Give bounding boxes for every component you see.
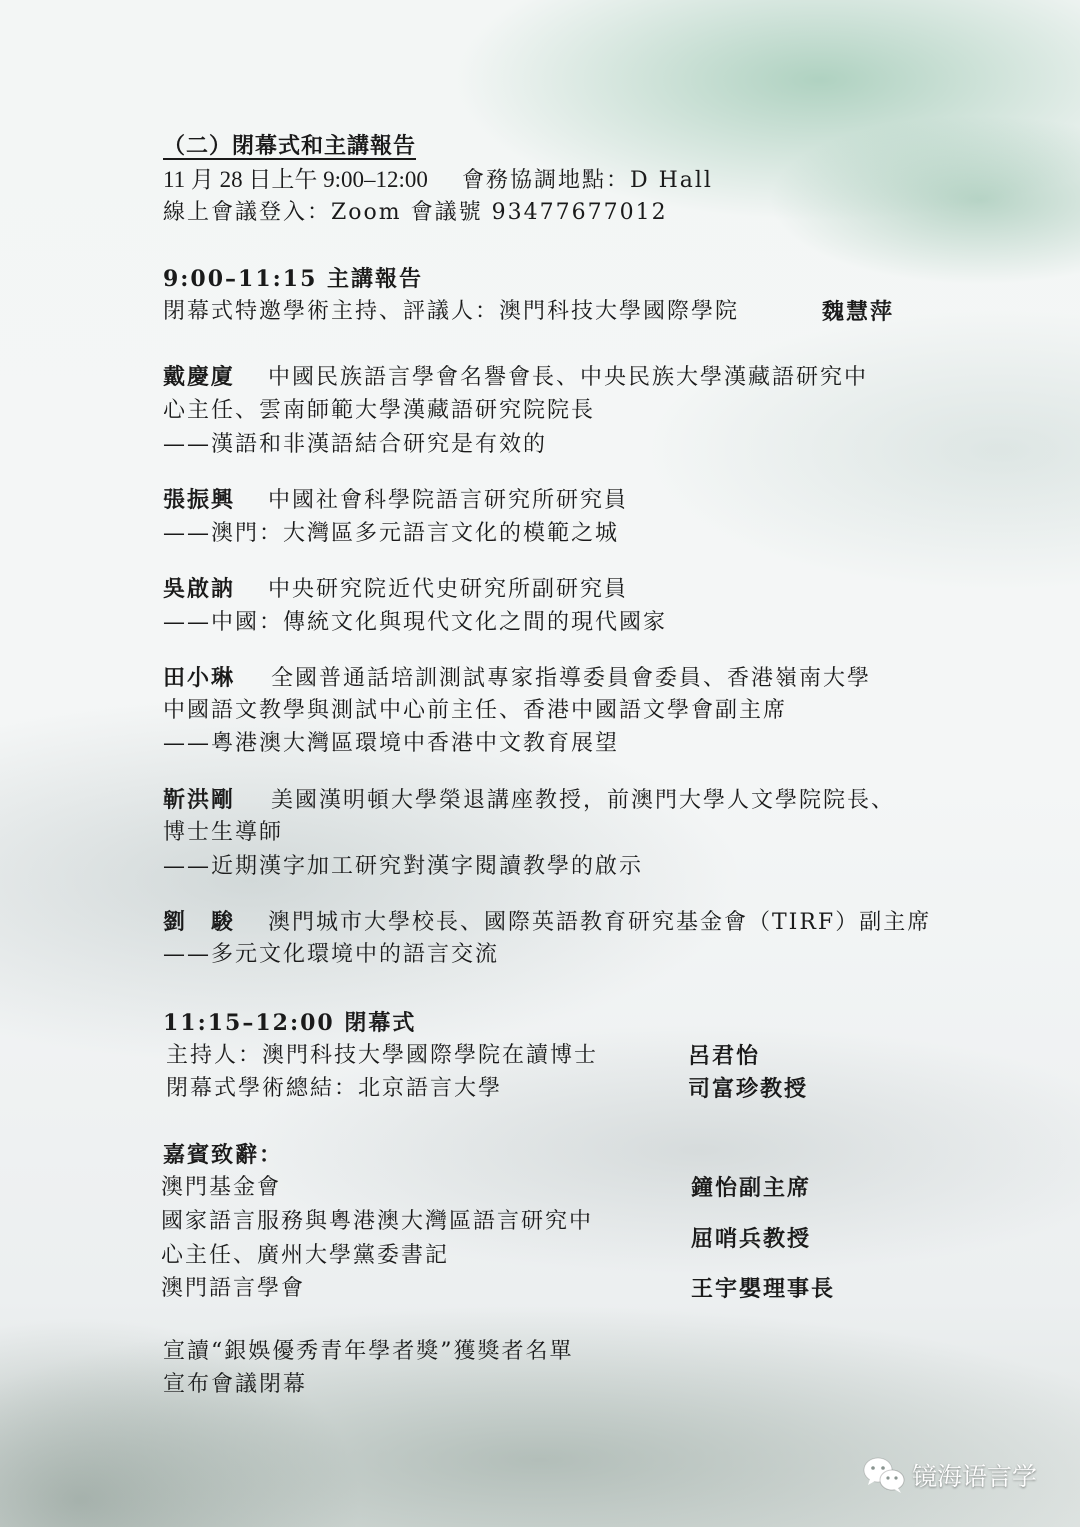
guest-org: 國家語言服務與粵港澳大灣區語言研究中 — [161, 1207, 593, 1237]
speaker-title: 博士生導師 — [163, 818, 283, 848]
speaker-title: 中國民族語言學會名譽會長、中央民族大學漢藏語研究中 — [268, 365, 868, 390]
speaker-title: 中央研究院近代史研究所副研究員 — [268, 577, 628, 602]
speaker-name: 吳啟訥 — [163, 574, 268, 604]
closing-host-label: 主持人：澳門科技大學國際學院在讀博士 — [166, 1041, 598, 1071]
guest-org: 澳門語言學會 — [161, 1274, 305, 1304]
keynote-host-name: 魏慧萍 — [822, 297, 894, 327]
guest-org: 心主任、廣州大學黨委書記 — [161, 1241, 449, 1271]
speaker-name: 張振興 — [163, 485, 268, 515]
speaker-topic: ——澳門：大灣區多元語言文化的模範之城 — [163, 519, 619, 549]
date-time: 11 月 28 日上午 9:00–12:00 — [163, 167, 428, 192]
keynote-host-label: 閉幕式特邀學術主持、評議人：澳門科技大學國際學院 — [163, 297, 739, 327]
speaker-topic: ——漢語和非漢語結合研究是有效的 — [163, 430, 547, 460]
wechat-icon — [862, 1456, 906, 1494]
online-login: 線上會議登入：Zoom 會議號 93477677012 — [163, 198, 668, 228]
closing-time-heading: 11:15–12:00 閉幕式 — [163, 1008, 416, 1038]
guest-name: 屈哨兵教授 — [691, 1224, 811, 1254]
section-title: （二）閉幕式和主講報告 — [163, 131, 416, 161]
speaker-topic: ——中國：傳統文化與現代文化之間的現代國家 — [163, 608, 667, 638]
speaker-title: 全國普通話培訓測試專家指導委員會委員、香港嶺南大學 — [271, 666, 871, 691]
speaker-topic: ——粵港澳大灣區環境中香港中文教育展望 — [163, 729, 619, 759]
award-announcement: 宣讀“銀娛優秀青年學者獎”獲獎者名單 — [163, 1337, 574, 1367]
closing-host-name: 呂君怡 — [688, 1041, 760, 1071]
venue: 會務協調地點：D Hall — [462, 168, 713, 193]
guest-name: 王宇嬰理事長 — [691, 1274, 835, 1304]
guest-name: 鐘怡副主席 — [691, 1173, 811, 1203]
speaker-name: 戴慶廈 — [163, 362, 268, 392]
speaker-topic: ——多元文化環境中的語言交流 — [163, 940, 499, 970]
speaker-topic: ——近期漢字加工研究對漢字閱讀教學的啟示 — [163, 852, 643, 882]
speaker-title: 美國漢明頓大學榮退講座教授，前澳門大學人文學院院長、 — [271, 788, 895, 813]
speaker-title: 心主任、雲南師範大學漢藏語研究院院長 — [163, 396, 595, 426]
closing-summary-label: 閉幕式學術總結：北京語言大學 — [166, 1074, 502, 1104]
program-page: （二）閉幕式和主講報告 11 月 28 日上午 9:00–12:00 會務協調地… — [0, 0, 1080, 1527]
closing-summary-name: 司富珍教授 — [688, 1074, 808, 1104]
speaker-name: 劉 駿 — [163, 907, 268, 937]
watermark: 镜海语言学 — [862, 1456, 1037, 1494]
speaker-title: 澳門城市大學校長、國際英語教育研究基金會（TIRF）副主席 — [268, 910, 931, 935]
speaker-name: 田小琳 — [163, 663, 271, 693]
guest-speeches-heading: 嘉賓致辭： — [163, 1140, 283, 1170]
date-time-venue: 11 月 28 日上午 9:00–12:00 會務協調地點：D Hall — [163, 165, 713, 196]
closing-announcement: 宣布會議閉幕 — [163, 1370, 307, 1400]
speaker-name: 靳洪剛 — [163, 785, 271, 815]
keynote-time-heading: 9:00–11:15 主講報告 — [163, 264, 423, 294]
guest-org: 澳門基金會 — [161, 1173, 281, 1203]
speaker-title: 中國語文教學與測試中心前主任、香港中國語文學會副主席 — [163, 696, 787, 726]
speaker-title: 中國社會科學院語言研究所研究員 — [268, 488, 628, 513]
watermark-text: 镜海语言学 — [912, 1457, 1037, 1493]
